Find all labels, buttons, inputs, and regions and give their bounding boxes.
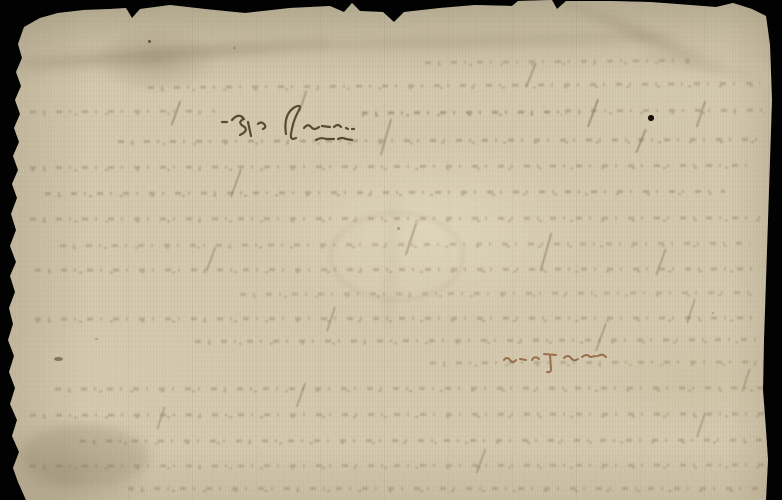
photo-black-background [0,0,782,500]
bleedthrough-inscription [498,346,618,378]
watermark-outline [330,212,464,301]
dark-ink-inscription [220,98,365,148]
manuscript-page [0,0,782,500]
